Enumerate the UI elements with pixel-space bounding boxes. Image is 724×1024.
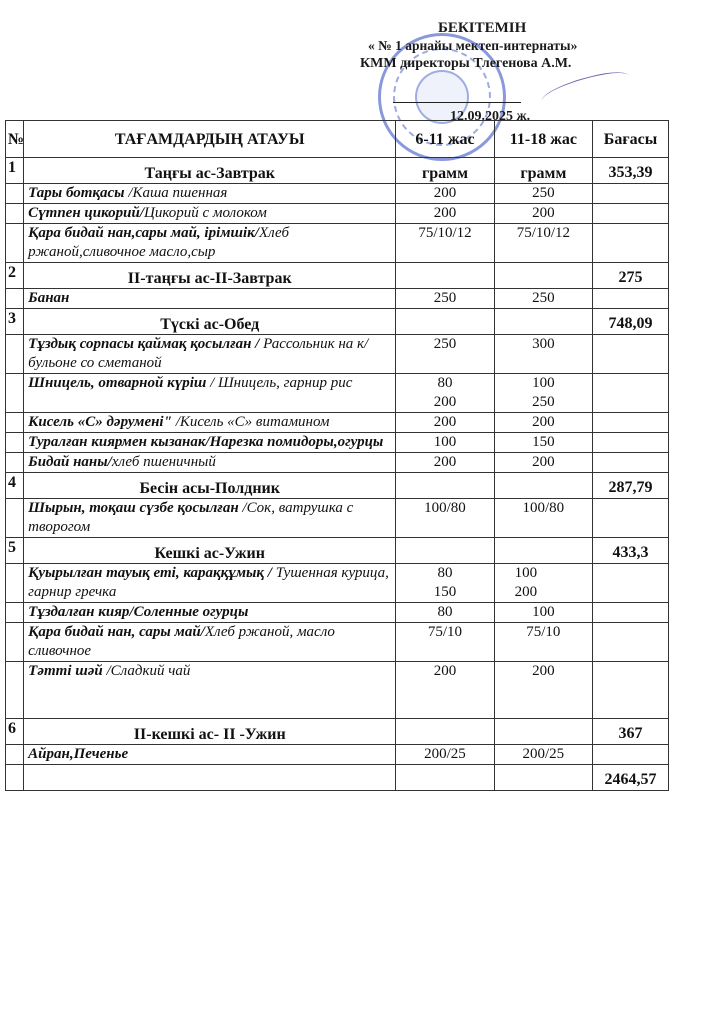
dish-num-cell [6,603,24,623]
dish-name-ru: /Кисель «С» витамином [176,414,330,430]
table-row: Тұздалған кияр/Соленные огурцы80100 [6,603,669,623]
dish-grams-6-11: 200 [396,453,494,473]
approval-title: БЕКІТЕМІН [438,20,526,37]
meal-unit-6-11 [396,263,494,289]
dish-name-kz: Тұздалған кияр/Соленные огурцы [28,604,248,620]
meal-unit-6-11 [396,719,494,745]
meal-number: 5 [6,538,24,564]
dish-num-cell [6,335,24,374]
dish-grams-11-18: 200 [494,662,592,719]
table-row: Бидай наны/хлеб пшеничный200200 [6,453,669,473]
dish-name-kz: Қара бидай нан,сары май, ірімшік/ [28,225,259,241]
header-age-6-11: 6-11 жас [396,121,494,158]
meal-unit-11-18 [494,473,592,499]
table-row: Қуырылған тауық еті, караққұмық / Тушенн… [6,564,669,603]
meal-number: 1 [6,158,24,184]
table-header-row: № ТАҒАМДАРДЫҢ АТАУЫ 6-11 жас 11-18 жас Б… [6,121,669,158]
dish-name-kz: Тәтті шәй [28,663,106,679]
dish-price-cell [593,662,669,719]
header-price: Бағасы [593,121,669,158]
dish-num-cell [6,499,24,538]
meal-unit-11-18: грамм [494,158,592,184]
table-row: Туралған киярмен кызанак/Нарезка помидор… [6,433,669,453]
dish-grams-11-18: 100250 [494,374,592,413]
meal-price: 367 [593,719,669,745]
menu-body: 1Таңғы ас-Завтракграммграмм353,39Тары бо… [6,158,669,791]
total-row: 2464,57 [6,765,669,791]
dish-num-cell [6,204,24,224]
total-price: 2464,57 [593,765,669,791]
dish-name: Банан [24,289,396,309]
dish-num-cell [6,289,24,309]
dish-price-cell [593,184,669,204]
table-row: Қара бидай нан,сары май, ірімшік/Хлеб рж… [6,224,669,263]
dish-price-cell [593,289,669,309]
dish-grams-11-18: 100 [494,603,592,623]
dish-price-cell [593,374,669,413]
director-signature [539,67,631,109]
dish-name-kz: Бидай наны/ [28,454,112,470]
dish-price-cell [593,745,669,765]
approval-school: « № 1 арнайы мектеп-интернаты» [368,37,577,54]
meal-row: 3Түскі ас-Обед748,09 [6,309,669,335]
dish-name-ru: /Сладкий чай [107,663,191,679]
dish-name: Айран,Печенье [24,745,396,765]
meal-unit-11-18 [494,309,592,335]
dish-grams-11-18: 100/80 [494,499,592,538]
meal-number: 2 [6,263,24,289]
dish-name-kz: Шницель, отварной күріш [28,375,210,391]
meal-price: 353,39 [593,158,669,184]
dish-grams-11-18: 75/10 [494,623,592,662]
dish-grams-6-11: 100/80 [396,499,494,538]
table-row: Шырын, тоқаш сүзбе қосылған /Сок, ватруш… [6,499,669,538]
dish-name-ru: / Шницель, гарнир рис [210,375,352,391]
dish-name: Қара бидай нан,сары май, ірімшік/Хлеб рж… [24,224,396,263]
table-row: Кисель «С» дәрумені" /Кисель «С» витамин… [6,413,669,433]
dish-num-cell [6,224,24,263]
meal-row: 2II-таңғы ас-II-Завтрак275 [6,263,669,289]
dish-price-cell [593,433,669,453]
dish-grams-6-11: 80150 [396,564,494,603]
meal-title: Бесін асы-Полдник [24,473,396,499]
dish-name-kz: Шырын, тоқаш сүзбе қосылған [28,500,242,516]
dish-name: Кисель «С» дәрумені" /Кисель «С» витамин… [24,413,396,433]
dish-price-cell [593,453,669,473]
signature-line [393,102,521,103]
dish-price-cell [593,623,669,662]
meal-title: Кешкі ас-Ужин [24,538,396,564]
dish-grams-11-18: 200 [494,453,592,473]
table-row: Айран,Печенье200/25200/25 [6,745,669,765]
dish-name: Тары ботқасы /Каша пшенная [24,184,396,204]
dish-num-cell [6,564,24,603]
dish-grams-6-11: 100 [396,433,494,453]
dish-name-kz: Банан [28,290,69,306]
dish-grams-6-11: 250 [396,289,494,309]
menu-table: № ТАҒАМДАРДЫҢ АТАУЫ 6-11 жас 11-18 жас Б… [5,120,669,791]
table-row: Қара бидай нан, сары май/Хлеб ржаной, ма… [6,623,669,662]
dish-price-cell [593,603,669,623]
meal-unit-6-11: грамм [396,158,494,184]
meal-price: 275 [593,263,669,289]
dish-grams-11-18: 300 [494,335,592,374]
dish-num-cell [6,623,24,662]
dish-name: Шырын, тоқаш сүзбе қосылған /Сок, ватруш… [24,499,396,538]
dish-num-cell [6,745,24,765]
dish-name-kz: Сүтпен цикорий/ [28,205,144,221]
meal-title: II-кешкі ас- II -Ужин [24,719,396,745]
dish-name: Туралған киярмен кызанак/Нарезка помидор… [24,433,396,453]
dish-price-cell [593,564,669,603]
dish-grams-6-11: 75/10/12 [396,224,494,263]
dish-num-cell [6,184,24,204]
meal-title: II-таңғы ас-II-Завтрак [24,263,396,289]
dish-price-cell [593,224,669,263]
dish-grams-11-18: 75/10/12 [494,224,592,263]
meal-row: 6II-кешкі ас- II -Ужин367 [6,719,669,745]
approval-director: КММ директоры Тлегенова А.М. [360,55,571,72]
dish-grams-6-11: 200/25 [396,745,494,765]
dish-name: Қара бидай нан, сары май/Хлеб ржаной, ма… [24,623,396,662]
meal-unit-6-11 [396,538,494,564]
meal-title: Түскі ас-Обед [24,309,396,335]
dish-grams-6-11: 200 [396,184,494,204]
meal-unit-6-11 [396,473,494,499]
total-g2-cell [494,765,592,791]
dish-grams-11-18: 200 [494,204,592,224]
dish-price-cell [593,204,669,224]
meal-price: 748,09 [593,309,669,335]
header-age-11-18: 11-18 жас [494,121,592,158]
dish-num-cell [6,413,24,433]
dish-name: Тәтті шәй /Сладкий чай [24,662,396,719]
dish-name: Бидай наны/хлеб пшеничный [24,453,396,473]
dish-num-cell [6,433,24,453]
dish-price-cell [593,413,669,433]
meal-row: 1Таңғы ас-Завтракграммграмм353,39 [6,158,669,184]
dish-grams-6-11: 250 [396,335,494,374]
dish-grams-6-11: 80200 [396,374,494,413]
meal-unit-11-18 [494,263,592,289]
meal-price: 287,79 [593,473,669,499]
dish-grams-6-11: 75/10 [396,623,494,662]
dish-grams-11-18: 100200 [494,564,592,603]
dish-num-cell [6,453,24,473]
dish-name-ru: Цикорий с молоком [144,205,267,221]
dish-name: Қуырылған тауық еті, караққұмық / Тушенн… [24,564,396,603]
dish-grams-11-18: 250 [494,184,592,204]
total-name-cell [24,765,396,791]
dish-num-cell [6,374,24,413]
table-row: Тұздық сорпасы қаймақ қосылған / Рассоль… [6,335,669,374]
dish-name-kz: Қуырылған тауық еті, караққұмық / [28,565,276,581]
dish-grams-6-11: 200 [396,662,494,719]
meal-row: 5Кешкі ас-Ужин433,3 [6,538,669,564]
dish-grams-6-11: 200 [396,204,494,224]
table-row: Шницель, отварной күріш / Шницель, гарни… [6,374,669,413]
meal-unit-11-18 [494,538,592,564]
dish-grams-6-11: 200 [396,413,494,433]
meal-price: 433,3 [593,538,669,564]
dish-grams-11-18: 200/25 [494,745,592,765]
dish-name-ru: /Каша пшенная [128,185,227,201]
dish-name-kz: Тары ботқасы [28,185,128,201]
dish-name-kz: Айран,Печенье [28,746,128,762]
dish-name-kz: Туралған киярмен кызанак/Нарезка помидор… [28,434,383,450]
dish-grams-6-11: 80 [396,603,494,623]
meal-unit-11-18 [494,719,592,745]
dish-name-ru: хлеб пшеничный [112,454,216,470]
total-num-cell [6,765,24,791]
meal-number: 3 [6,309,24,335]
meal-row: 4Бесін асы-Полдник287,79 [6,473,669,499]
dish-name: Тұздық сорпасы қаймақ қосылған / Рассоль… [24,335,396,374]
table-row: Банан250250 [6,289,669,309]
meal-title: Таңғы ас-Завтрак [24,158,396,184]
dish-name-kz: Қара бидай нан, сары май/ [28,624,205,640]
dish-name: Тұздалған кияр/Соленные огурцы [24,603,396,623]
meal-unit-6-11 [396,309,494,335]
table-row: Сүтпен цикорий/Цикорий с молоком200200 [6,204,669,224]
total-g1-cell [396,765,494,791]
meal-number: 4 [6,473,24,499]
dish-grams-11-18: 200 [494,413,592,433]
dish-name: Шницель, отварной күріш / Шницель, гарни… [24,374,396,413]
header-num: № [6,121,24,158]
dish-price-cell [593,499,669,538]
header-name: ТАҒАМДАРДЫҢ АТАУЫ [24,121,396,158]
dish-grams-11-18: 250 [494,289,592,309]
dish-name: Сүтпен цикорий/Цикорий с молоком [24,204,396,224]
dish-grams-11-18: 150 [494,433,592,453]
dish-num-cell [6,662,24,719]
table-row: Тәтті шәй /Сладкий чай200200 [6,662,669,719]
dish-name-kz: Кисель «С» дәрумені" [28,414,176,430]
meal-number: 6 [6,719,24,745]
table-row: Тары ботқасы /Каша пшенная200250 [6,184,669,204]
dish-price-cell [593,335,669,374]
dish-name-kz: Тұздық сорпасы қаймақ қосылған / [28,336,263,352]
